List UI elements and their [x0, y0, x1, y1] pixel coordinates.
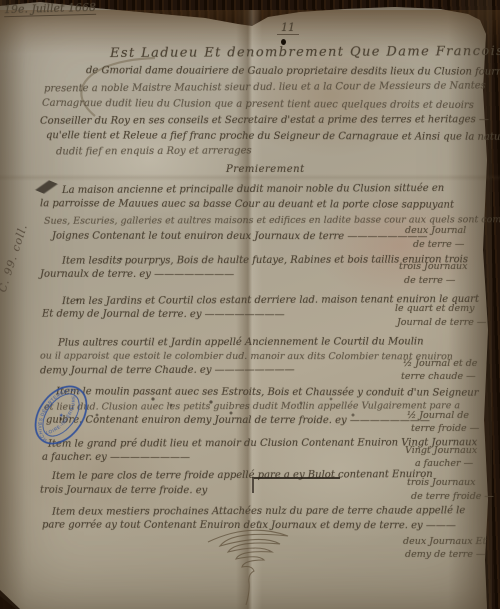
margin-measure-note: le quart et demy	[395, 304, 474, 314]
manuscript-line: de Gmorial dame douairiere de Gaualo pro…	[86, 66, 500, 78]
manuscript-line: trois Journaux de terre froide. ey	[40, 486, 207, 497]
manuscript-line: demy Journal de terre Chaude. ey ———————…	[40, 366, 295, 377]
manuscript-line: Conseiller du Roy en ses conseils et Sec…	[40, 115, 489, 127]
manuscript-line: Plus aultres courtil et Jardin appellé A…	[58, 337, 424, 348]
spiral-pen-flourish	[192, 526, 310, 606]
manuscript-photo: 19e. Juillet 1668 11 Est Ladueu Et denom…	[0, 0, 500, 609]
manuscript-line: et lieu dud. Clusion auec les petits gui…	[44, 401, 460, 412]
manuscript-line: qu'elle tient et Releue a fief franc pro…	[46, 131, 500, 143]
manuscript-line: Est Ladueu Et denombrement Que Dame Fran…	[110, 45, 500, 60]
margin-measure-note: ½ Journal de	[407, 411, 469, 421]
margin-measure-note: de terre —	[404, 276, 455, 286]
manuscript-line: Et demy de Journal de terre. ey ————————	[42, 310, 285, 321]
margin-measure-note: de terre —	[413, 240, 464, 250]
margin-measure-note: trois Journaux	[407, 478, 475, 488]
margin-measure-note: demy de terre —	[405, 550, 486, 560]
margin-measure-note: terre chaude —	[401, 372, 476, 382]
manuscript-line: ou il apparoist que estoit le colombier …	[40, 352, 453, 362]
manuscript-line: Item deux mestiers prochaines Attachées …	[52, 506, 465, 517]
date-annotation: 19e. Juillet 1668	[4, 2, 96, 17]
margin-measure-note: terre froide —	[411, 424, 479, 434]
manuscript-line: a faucher. ey ————————	[42, 453, 190, 463]
margin-measure-note: deux Journaux Et	[403, 537, 486, 547]
manuscript-line: dudit fief en enquis a Roy et arrerages	[56, 146, 252, 157]
margin-measure-note: Vingt Journaux	[405, 446, 477, 456]
manuscript-line: guibre. Contenant enuiron demy Journal d…	[46, 416, 430, 427]
margin-measure-note: Journal de terre —	[397, 318, 486, 328]
ink-blot	[281, 39, 286, 45]
section-heading: Premierement	[226, 165, 305, 175]
margin-measure-note: a faucher —	[415, 459, 473, 469]
bottom-left-corner-shadow	[0, 590, 20, 609]
folio-number: 11	[277, 22, 299, 35]
manuscript-line: La maison ancienne et principalle dudit …	[62, 184, 444, 196]
manuscript-line: Item le moulin passant auec ses Estroits…	[56, 387, 479, 398]
manuscript-line: Joignes Contenant le tout enuiron deux J…	[52, 232, 427, 243]
ink-specks	[0, 0, 2, 2]
manuscript-line: Item le pare clos de terre froide appell…	[52, 470, 433, 482]
manuscript-line: la parroisse de Mauues auec sa basse Cou…	[40, 199, 454, 210]
margin-measure-note: de terre froide —	[411, 492, 494, 502]
bold-bracket-stroke	[252, 477, 340, 493]
manuscript-line: Journaulx de terre. ey ————————	[40, 270, 234, 280]
margin-measure-note: ½ Journal et de	[403, 359, 477, 369]
margin-measure-note: deux Journal	[405, 226, 466, 236]
margin-measure-note: trois Journaux	[399, 262, 467, 272]
